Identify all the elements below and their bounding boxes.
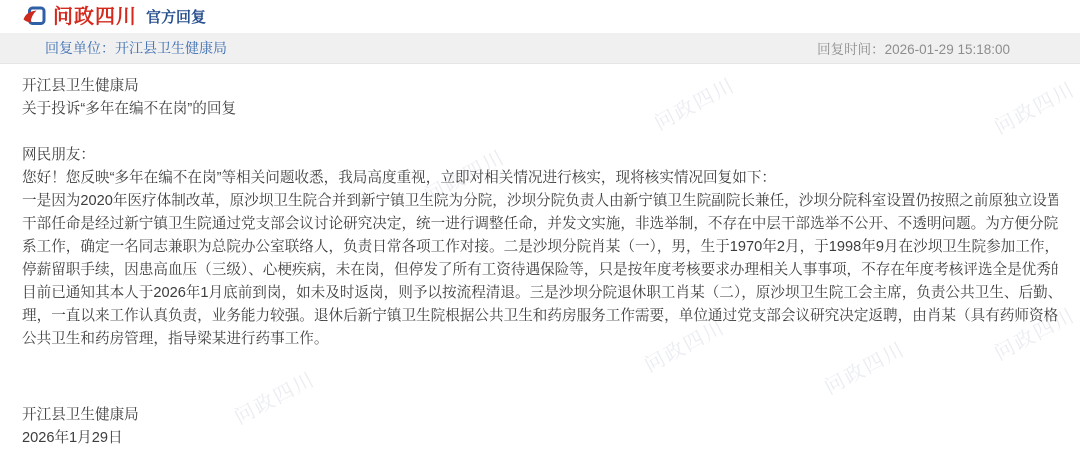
reply-time: 回复时间：2026-01-29 15:18:00	[817, 38, 1010, 58]
site-brand[interactable]: 问政四川	[53, 7, 137, 27]
reply-meta-bar: 回复单位：开江县卫生健康局 回复时间：2026-01-29 15:18:00	[0, 33, 1080, 64]
reply-unit-value[interactable]: 开江县卫生健康局	[115, 40, 227, 56]
doc-body-line: 停薪留职手续，因患高血压（三级）、心梗疾病，未在岗，但停发了所有工资待遇保险等，…	[22, 259, 1058, 282]
wenzheng-sichuan-logo-icon[interactable]	[22, 6, 46, 28]
official-reply-badge: 官方回复	[146, 8, 206, 25]
doc-title-line: 关于投诉“多年在编不在岗”的回复	[22, 98, 1058, 121]
doc-greeting: 网民朋友：	[22, 144, 1058, 167]
doc-body-line: 干部任命是经过新宁镇卫生院通过党支部会议讨论研究决定，统一进行调整任命，并发文实…	[22, 213, 1058, 236]
doc-body-line: 目前已通知其本人于2026年1月底前到岗，如未及时返岗，则予以按流程清退。三是沙…	[22, 282, 1058, 305]
doc-body-line: 系工作，确定一名同志兼职为总院办公室联络人，负责日常各项工作对接。二是沙坝分院肖…	[22, 236, 1058, 259]
doc-body-line: 公共卫生和药房管理，指导梁某进行药事工作。	[22, 328, 1058, 351]
site-header: 问政四川 官方回复	[0, 0, 1080, 33]
doc-signature: 开江县卫生健康局	[22, 404, 1058, 427]
doc-org-line: 开江县卫生健康局	[22, 75, 1058, 98]
reply-time-value: 2026-01-29 15:18:00	[885, 42, 1010, 57]
doc-body-line: 理，一直以来工作认真负责，业务能力较强。退休后新宁镇卫生院根据公共卫生和药房服务…	[22, 305, 1058, 328]
reply-time-label: 回复时间：	[817, 42, 885, 57]
spacer	[22, 121, 1058, 144]
reply-unit-label: 回复单位：	[45, 40, 115, 56]
reply-document: 开江县卫生健康局 关于投诉“多年在编不在岗”的回复 网民朋友： 您好！您反映“多…	[0, 64, 1080, 450]
reply-unit: 回复单位：开江县卫生健康局	[45, 38, 227, 58]
doc-intro: 您好！您反映“多年在编不在岗”等相关问题收悉，我局高度重视，立即对相关情况进行核…	[22, 167, 1058, 190]
doc-body-line: 一是因为2020年医疗体制改革，原沙坝卫生院合并到新宁镇卫生院为分院，沙坝分院负…	[22, 190, 1058, 213]
doc-date: 2026年1月29日	[22, 427, 1058, 450]
signature-block: 开江县卫生健康局 2026年1月29日	[22, 404, 1058, 450]
